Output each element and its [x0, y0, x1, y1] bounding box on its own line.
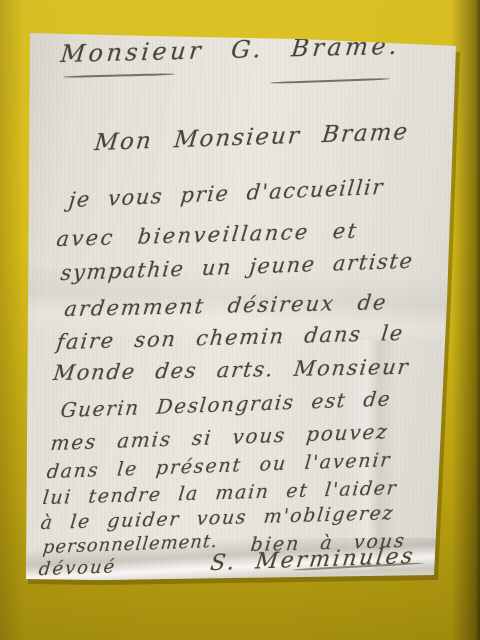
letter-line-4: ardemment désireux de — [63, 290, 389, 321]
header-underline-monsieur — [63, 73, 175, 78]
letter-line-5: faire son chemin dans le — [55, 321, 405, 354]
letter-line-7: Guerin Deslongrais est de — [59, 386, 392, 422]
letter-farewell: dévoué — [38, 556, 118, 580]
letter-line-3: sympathie un jeune artiste — [59, 249, 414, 285]
letter-header: Monsieur G. Brame. — [59, 32, 401, 68]
letter-line-2: avec bienveillance et — [55, 219, 360, 252]
letter-closing-left: personnellement. — [42, 531, 219, 558]
letter-salutation: Mon Monsieur Brame — [93, 119, 410, 156]
letter-line-8: mes amis si vous pouvez — [49, 419, 389, 455]
header-underline-brame — [270, 78, 390, 84]
letter-line-1: je vous prie d'accueillir — [68, 175, 386, 212]
photo-background: Monsieur G. Brame. Mon Monsieur Brame je… — [0, 0, 480, 640]
letter-paper: Monsieur G. Brame. Mon Monsieur Brame je… — [0, 0, 480, 640]
letter-signature: S. Merminules — [209, 544, 417, 576]
letter-line-6: Monde des arts. Monsieur — [52, 355, 411, 385]
